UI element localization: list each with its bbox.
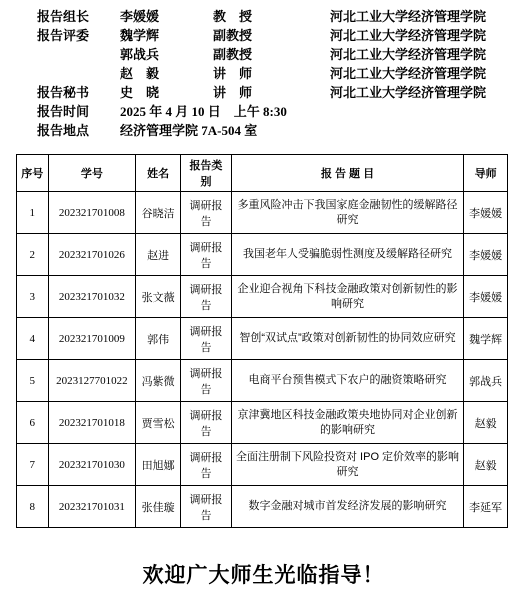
person-title: 副教授 — [213, 26, 330, 45]
cell-seq: 2 — [17, 234, 49, 276]
cell-title: 电商平台预售模式下农户的融资策略研究 — [231, 360, 463, 402]
cell-title: 京津冀地区科技金融政策央地协同对企业创新的影响研究 — [231, 402, 463, 444]
table-row: 5 2023127701022 冯紫微 调研报告 电商平台预售模式下农户的融资策… — [17, 360, 508, 402]
place-value: 经济管理学院 7A-504 室 — [120, 121, 527, 140]
col-header-name: 姓名 — [136, 155, 181, 192]
col-header-seq: 序号 — [17, 155, 49, 192]
cell-report-type: 调研报告 — [180, 192, 231, 234]
col-header-advisor: 导师 — [464, 155, 508, 192]
person-name: 李媛媛 — [120, 7, 213, 26]
col-header-report-type: 报告类别 — [180, 155, 231, 192]
cell-advisor: 赵毅 — [464, 444, 508, 486]
cell-name: 郭伟 — [136, 318, 181, 360]
table-row: 2 202321701026 赵进 调研报告 我国老年人受骗脆弱性测度及缓解路径… — [17, 234, 508, 276]
cell-title: 数字金融对城市首发经济发展的影响研究 — [231, 486, 463, 528]
cell-name: 张佳璇 — [136, 486, 181, 528]
cell-student-id: 202321701026 — [48, 234, 136, 276]
cell-name: 冯紫微 — [136, 360, 181, 402]
person-title: 讲 师 — [213, 83, 330, 102]
cell-student-id: 2023127701022 — [48, 360, 136, 402]
cell-title: 全面注册制下风险投资对 IPO 定价效率的影响研究 — [231, 444, 463, 486]
cell-advisor: 李媛媛 — [464, 192, 508, 234]
col-header-student-id: 学号 — [48, 155, 136, 192]
table-row: 4 202321701009 郭伟 调研报告 智创“双试点”政策对创新韧性的协同… — [17, 318, 508, 360]
cell-advisor: 魏学辉 — [464, 318, 508, 360]
cell-name: 张文薇 — [136, 276, 181, 318]
cell-seq: 4 — [17, 318, 49, 360]
person-name: 史 晓 — [120, 83, 213, 102]
cell-report-type: 调研报告 — [180, 360, 231, 402]
welcome-message: 欢迎广大师生光临指导！ — [0, 559, 527, 589]
row-label — [37, 45, 120, 64]
person-org: 河北工业大学经济管理学院 — [330, 26, 527, 45]
cell-seq: 1 — [17, 192, 49, 234]
table-header-row: 序号 学号 姓名 报告类别 报 告 题 目 导师 — [17, 155, 508, 192]
cell-advisor: 李媛媛 — [464, 276, 508, 318]
cell-report-type: 调研报告 — [180, 234, 231, 276]
cell-seq: 6 — [17, 402, 49, 444]
table-row: 8 202321701031 张佳璇 调研报告 数字金融对城市首发经济发展的影响… — [17, 486, 508, 528]
cell-advisor: 李媛媛 — [464, 234, 508, 276]
person-title: 副教授 — [213, 45, 330, 64]
cell-title: 企业迎合视角下科技金融政策对创新韧性的影响研究 — [231, 276, 463, 318]
cell-report-type: 调研报告 — [180, 276, 231, 318]
cell-student-id: 202321701032 — [48, 276, 136, 318]
cell-student-id: 202321701008 — [48, 192, 136, 234]
table-body: 1 202321701008 谷晓洁 调研报告 多重风险冲击下我国家庭金融韧性的… — [17, 192, 508, 528]
cell-advisor: 郭战兵 — [464, 360, 508, 402]
committee-row: 报告组长 李媛媛 教 授 河北工业大学经济管理学院 — [37, 7, 527, 26]
committee-row: 郭战兵 副教授 河北工业大学经济管理学院 — [37, 45, 527, 64]
person-title: 教 授 — [213, 7, 330, 26]
time-value: 2025 年 4 月 10 日 上午 8:30 — [120, 102, 527, 121]
person-name: 郭战兵 — [120, 45, 213, 64]
person-name: 魏学辉 — [120, 26, 213, 45]
committee-row: 报告秘书 史 晓 讲 师 河北工业大学经济管理学院 — [37, 83, 527, 102]
col-header-title: 报 告 题 目 — [231, 155, 463, 192]
row-label — [37, 64, 120, 83]
cell-title: 我国老年人受骗脆弱性测度及缓解路径研究 — [231, 234, 463, 276]
person-name: 赵 毅 — [120, 64, 213, 83]
table-row: 1 202321701008 谷晓洁 调研报告 多重风险冲击下我国家庭金融韧性的… — [17, 192, 508, 234]
cell-student-id: 202321701030 — [48, 444, 136, 486]
cell-report-type: 调研报告 — [180, 486, 231, 528]
committee-list: 报告组长 李媛媛 教 授 河北工业大学经济管理学院 报告评委 魏学辉 副教授 河… — [37, 7, 527, 102]
table-row: 7 202321701030 田旭娜 调研报告 全面注册制下风险投资对 IPO … — [17, 444, 508, 486]
cell-title: 多重风险冲击下我国家庭金融韧性的缓解路径研究 — [231, 192, 463, 234]
cell-student-id: 202321701009 — [48, 318, 136, 360]
cell-report-type: 调研报告 — [180, 444, 231, 486]
cell-seq: 7 — [17, 444, 49, 486]
person-org: 河北工业大学经济管理学院 — [330, 83, 527, 102]
table-row: 6 202321701018 贾雪松 调研报告 京津冀地区科技金融政策央地协同对… — [17, 402, 508, 444]
cell-advisor: 李延军 — [464, 486, 508, 528]
cell-title: 智创“双试点”政策对创新韧性的协同效应研究 — [231, 318, 463, 360]
document-page: 报告组长 李媛媛 教 授 河北工业大学经济管理学院 报告评委 魏学辉 副教授 河… — [0, 0, 527, 597]
committee-row: 报告评委 魏学辉 副教授 河北工业大学经济管理学院 — [37, 26, 527, 45]
row-label: 报告秘书 — [37, 83, 120, 102]
cell-advisor: 赵毅 — [464, 402, 508, 444]
cell-name: 田旭娜 — [136, 444, 181, 486]
report-time-row: 报告时间 2025 年 4 月 10 日 上午 8:30 — [37, 102, 527, 121]
place-label: 报告地点 — [37, 121, 120, 140]
time-label: 报告时间 — [37, 102, 120, 121]
row-label: 报告评委 — [37, 26, 120, 45]
cell-student-id: 202321701018 — [48, 402, 136, 444]
report-schedule-table: 序号 学号 姓名 报告类别 报 告 题 目 导师 1 202321701008 … — [16, 154, 508, 528]
cell-name: 谷晓洁 — [136, 192, 181, 234]
cell-name: 贾雪松 — [136, 402, 181, 444]
row-label: 报告组长 — [37, 7, 120, 26]
cell-student-id: 202321701031 — [48, 486, 136, 528]
cell-seq: 5 — [17, 360, 49, 402]
report-info-block: 报告组长 李媛媛 教 授 河北工业大学经济管理学院 报告评委 魏学辉 副教授 河… — [37, 0, 527, 140]
cell-name: 赵进 — [136, 234, 181, 276]
report-place-row: 报告地点 经济管理学院 7A-504 室 — [37, 121, 527, 140]
cell-report-type: 调研报告 — [180, 318, 231, 360]
person-org: 河北工业大学经济管理学院 — [330, 64, 527, 83]
committee-row: 赵 毅 讲 师 河北工业大学经济管理学院 — [37, 64, 527, 83]
person-org: 河北工业大学经济管理学院 — [330, 7, 527, 26]
cell-report-type: 调研报告 — [180, 402, 231, 444]
person-title: 讲 师 — [213, 64, 330, 83]
cell-seq: 3 — [17, 276, 49, 318]
table-row: 3 202321701032 张文薇 调研报告 企业迎合视角下科技金融政策对创新… — [17, 276, 508, 318]
cell-seq: 8 — [17, 486, 49, 528]
person-org: 河北工业大学经济管理学院 — [330, 45, 527, 64]
